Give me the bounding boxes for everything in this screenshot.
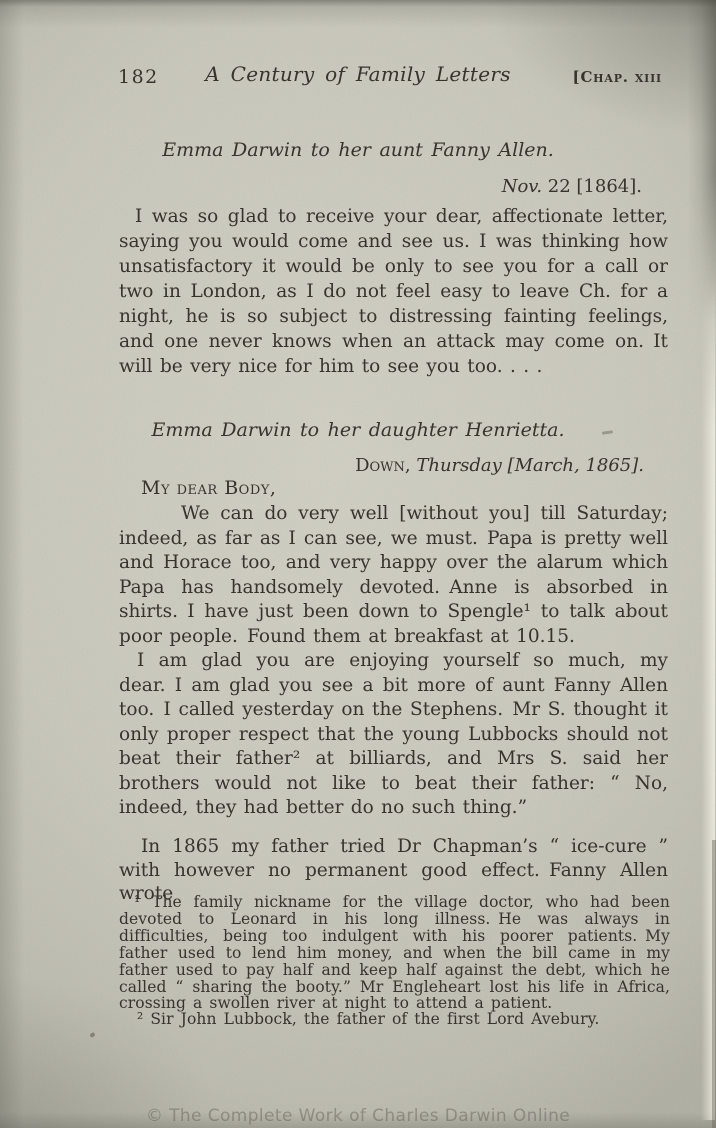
ink-speck (89, 1032, 95, 1038)
letter1-date-rest: 22 [1864]. (542, 176, 642, 197)
letter2-date-rest: Thursday [March, 1865]. (411, 455, 644, 476)
footnote-1: ¹ The family nickname for the village do… (119, 894, 670, 1012)
letter1-dateline: Nov. 22 [1864]. (502, 176, 642, 197)
chapter-reference: [Chap. xiii (573, 68, 662, 86)
book-page: 182 A Century of Family Letters [Chap. x… (0, 0, 716, 1128)
page-edge-line (712, 840, 716, 1128)
letter2-dateline: Down, Thursday [March, 1865]. (355, 455, 644, 476)
letter2-paragraph-2: I am glad you are enjoying yourself so m… (119, 649, 668, 821)
letter2-date-place: Down, (355, 455, 411, 476)
letter1-heading: Emma Darwin to her aunt Fanny Allen. (0, 139, 716, 161)
letter1-date-month: Nov. (502, 176, 542, 197)
letter2-salutation: My dear Body, (141, 477, 276, 499)
copyright-watermark: © The Complete Work of Charles Darwin On… (0, 1106, 716, 1126)
page-edge-highlight (701, 280, 715, 1120)
footnote-2: ² Sir John Lubbock, the father of the fi… (119, 1011, 670, 1028)
letter2-paragraph-1: We can do very well [without you] till S… (119, 502, 668, 649)
letter1-body: I was so glad to receive your dear, affe… (119, 204, 668, 379)
